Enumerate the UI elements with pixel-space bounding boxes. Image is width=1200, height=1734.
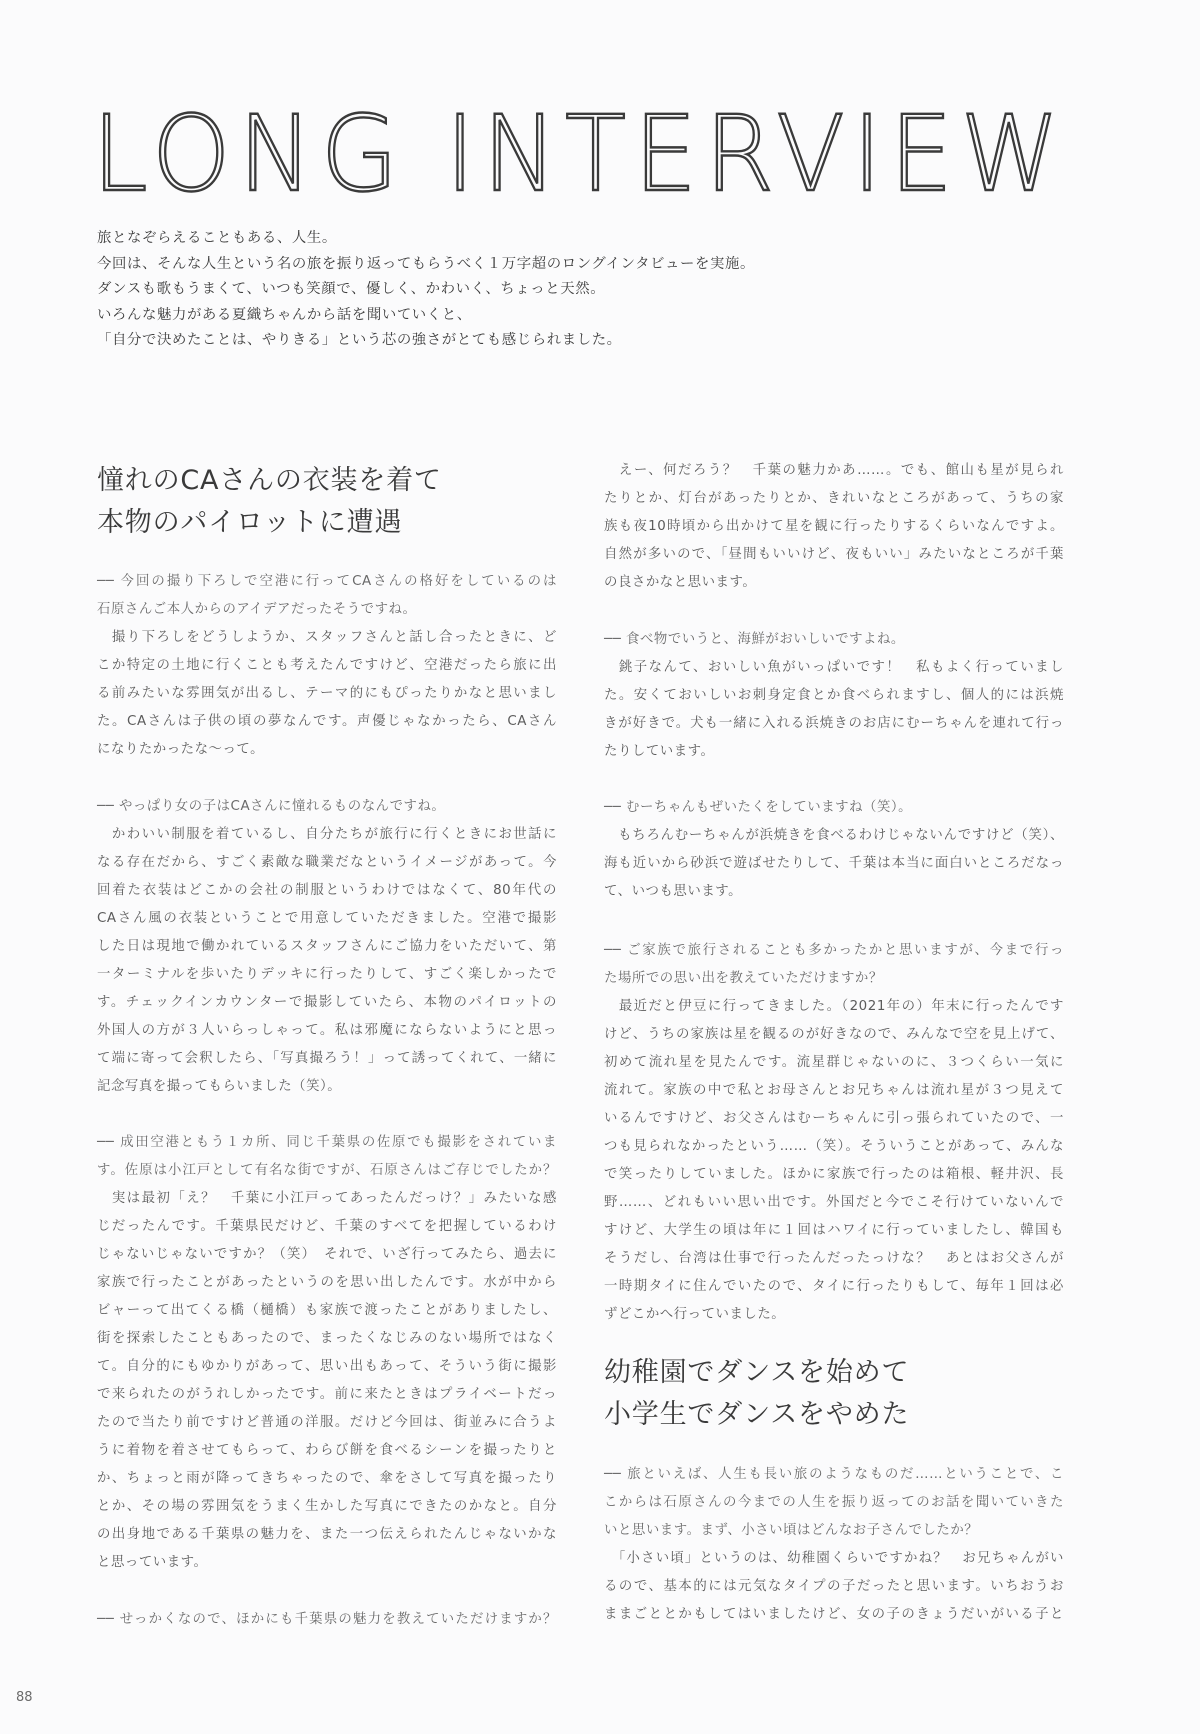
answer-line: 海も近いから砂浜で遊ばせたりして、千葉は本当に面白いところだなっ <box>604 854 1064 874</box>
answer-line: の良さかなと思います。 <box>604 573 1064 593</box>
section-heading-line: 憧れのCAさんの衣装を着て <box>97 458 442 504</box>
answer-line: もちろんむーちゃんが浜焼きを食べるわけじゃないんですけど（笑）、 <box>604 826 1064 846</box>
answer-line: 最近だと伊豆に行ってきました。（2021年の）年末に行ったんです <box>604 997 1064 1017</box>
answer-line: なる存在だから、すごく素敵な職業だなというイメージがあって。今 <box>97 853 557 873</box>
answer-line: 野……、どれもいい思い出です。外国だと今でこそ行けていないんで <box>604 1193 1064 1213</box>
answer-line: 流れて。家族の中で私とお母さんとお兄ちゃんは流れ星が３つ見えて <box>604 1081 1064 1101</box>
answer-line: けど、うちの家族は星を観るのが好きなので、みんなで空を見上げて、 <box>604 1025 1064 1045</box>
question-line: 石原さんご本人からのアイデアだったそうですね。 <box>97 600 557 620</box>
question-line: いと思います。まず、小さい頃はどんなお子さんでしたか？ <box>604 1521 1064 1541</box>
answer-line: いるんですけど、お父さんはむーちゃんに引っ張られていたので、一 <box>604 1109 1064 1129</box>
answer-line: たりとか、灯台があったりとか、きれいなところがあって、うちの家 <box>604 489 1064 509</box>
answer-line: した日は現地で働かれているスタッフさんにご協力をいただいて、第 <box>97 937 557 957</box>
question-line: ── せっかくなので、ほかにも千葉県の魅力を教えていただけますか？ <box>97 1610 557 1630</box>
section-heading-line: 小学生でダンスをやめた <box>604 1392 909 1438</box>
answer-line: 記念写真を撮ってもらいました（笑）。 <box>97 1077 557 1097</box>
answer-line: ままごととかもしてはいましたけど、女の子のきょうだいがいる子と <box>604 1605 1064 1625</box>
question-line: ── やっぱり女の子はCAさんに憧れるものなんですね。 <box>97 797 557 817</box>
answer-line: じゃないじゃないですか？（笑） それで、いざ行ってみたら、過去に <box>97 1245 557 1265</box>
answer-line: か、ちょっと雨が降ってきちゃったので、傘をさして写真を撮ったり <box>97 1469 557 1489</box>
right-column: えー、何だろう？ 千葉の魅力かあ……。でも、館山も星が見られ たりとか、灯台があ… <box>604 0 1074 1734</box>
answer-line: 初めて流れ星を見たんです。流星群じゃないのに、３つくらい一気に <box>604 1053 1064 1073</box>
section-heading-line: 幼稚園でダンスを始めて <box>604 1350 909 1396</box>
answer-line: 実は最初「え？ 千葉に小江戸ってあったんだっけ？」みたいな感 <box>97 1189 557 1209</box>
answer-line: たりしています。 <box>604 742 1064 762</box>
answer-line: 外国人の方が３人いらっしゃって。私は邪魔にならないようにと思っ <box>97 1021 557 1041</box>
answer-line: になりたかったな〜って。 <box>97 740 557 760</box>
answer-line: る前みたいな雰囲気が出るし、テーマ的にもぴったりかなと思いまし <box>97 684 557 704</box>
answer-line: 「小さい頃」というのは、幼稚園くらいですかね？ お兄ちゃんがい <box>604 1549 1064 1569</box>
page-number: 88 <box>16 1690 33 1705</box>
answer-line: 銚子なんて、おいしい魚がいっぱいです！ 私もよく行っていまし <box>604 658 1064 678</box>
answer-line: ビャーって出てくる橋（樋橋）も家族で渡ったことがありましたし、 <box>97 1301 557 1321</box>
question-line: ── むーちゃんもぜいたくをしていますね（笑）。 <box>604 798 1064 818</box>
answer-line: て。自分的にもゆかりがあって、思い出もあって、そういう街に撮影 <box>97 1357 557 1377</box>
answer-line: す。チェックインカウンターで撮影していたら、本物のパイロットの <box>97 993 557 1013</box>
answer-line: そうだし、台湾は仕事で行ったんだったっけな？ あとはお父さんが <box>604 1249 1064 1269</box>
question-line: ── 旅といえば、人生も長い旅のようなものだ……ということで、こ <box>604 1465 1064 1485</box>
question-line: た場所での思い出を教えていただけますか？ <box>604 969 1064 989</box>
question-line: す。佐原は小江戸として有名な街ですが、石原さんはご存じでしたか？ <box>97 1161 557 1181</box>
answer-line: 一ターミナルを歩いたりデッキに行ったりして、すごく楽しかったで <box>97 965 557 985</box>
question-line: ── 今回の撮り下ろしで空港に行ってCAさんの格好をしているのは <box>97 572 557 592</box>
answer-line: 一時期タイに住んでいたので、タイに行ったりもして、毎年１回は必 <box>604 1277 1064 1297</box>
answer-line: の出身地である千葉県の魅力を、また一つ伝えられたんじゃないかな <box>97 1525 557 1545</box>
answer-line: 家族で行ったことがあったというのを思い出したんです。水が中から <box>97 1273 557 1293</box>
answer-line: て端に寄って会釈したら、「写真撮ろう！」って誘ってくれて、一緒に <box>97 1049 557 1069</box>
answer-line: 街を探索したこともあったので、まったくなじみのない場所ではなく <box>97 1329 557 1349</box>
answer-line: えー、何だろう？ 千葉の魅力かあ……。でも、館山も星が見られ <box>604 461 1064 481</box>
question-line: ── ご家族で旅行されることも多かったかと思いますが、今まで行っ <box>604 941 1064 961</box>
answer-line: CAさん風の衣装ということで用意していただきました。空港で撮影 <box>97 909 557 929</box>
answer-line: すけど、大学生の頃は年に１回はハワイに行っていましたし、韓国も <box>604 1221 1064 1241</box>
question-line: ── 成田空港ともう１カ所、同じ千葉県の佐原でも撮影をされていま <box>97 1133 557 1153</box>
left-column: 憧れのCAさんの衣装を着て 本物のパイロットに遭遇 ── 今回の撮り下ろしで空港… <box>97 0 567 1734</box>
answer-line: こか特定の土地に行くことも考えたんですけど、空港だったら旅に出 <box>97 656 557 676</box>
answer-line: たので当たり前ですけど普通の洋服。だけど今回は、街並みに合うよ <box>97 1413 557 1433</box>
answer-line: 回着た衣装はどこかの会社の制服というわけではなくて、80年代の <box>97 881 557 901</box>
answer-line: じだったんです。千葉県民だけど、千葉のすべてを把握しているわけ <box>97 1217 557 1237</box>
question-line: こからは石原さんの今までの人生を振り返ってのお話を聞いていきた <box>604 1493 1064 1513</box>
answer-line: 撮り下ろしをどうしようか、スタッフさんと話し合ったときに、ど <box>97 628 557 648</box>
section-heading-line: 本物のパイロットに遭遇 <box>97 500 402 546</box>
answer-line: るので、基本的には元気なタイプの子だったと思います。いちおうお <box>604 1577 1064 1597</box>
answer-line: た。安くておいしいお刺身定食とか食べられますし、個人的には浜焼 <box>604 686 1064 706</box>
answer-line: で来られたのがうれしかったです。前に来たときはプライベートだっ <box>97 1385 557 1405</box>
answer-line: た。CAさんは子供の頃の夢なんです。声優じゃなかったら、CAさん <box>97 712 557 732</box>
answer-line: ずどこかへ行っていました。 <box>604 1305 1064 1325</box>
answer-line: つも見られなかったという……（笑）。そういうことがあって、みんな <box>604 1137 1064 1157</box>
answer-line: うに着物を着させてもらって、わらび餅を食べるシーンを撮ったりと <box>97 1441 557 1461</box>
answer-line: かわいい制服を着ているし、自分たちが旅行に行くときにお世話に <box>97 825 557 845</box>
answer-line: で笑ったりしていました。ほかに家族で行ったのは箱根、軽井沢、長 <box>604 1165 1064 1185</box>
answer-line: て、いつも思います。 <box>604 882 1064 902</box>
answer-line: きが好きで。犬も一緒に入れる浜焼きのお店にむーちゃんを連れて行っ <box>604 714 1064 734</box>
answer-line: と思っています。 <box>97 1553 557 1573</box>
answer-line: 自然が多いので、「昼間もいいけど、夜もいい」みたいなところが千葉 <box>604 545 1064 565</box>
answer-line: 族も夜10時頃から出かけて星を観に行ったりするくらいなんですよ。 <box>604 517 1064 537</box>
answer-line: とか、その場の雰囲気をうまく生かした写真にできたのかなと。自分 <box>97 1497 557 1517</box>
question-line: ── 食べ物でいうと、海鮮がおいしいですよね。 <box>604 630 1064 650</box>
